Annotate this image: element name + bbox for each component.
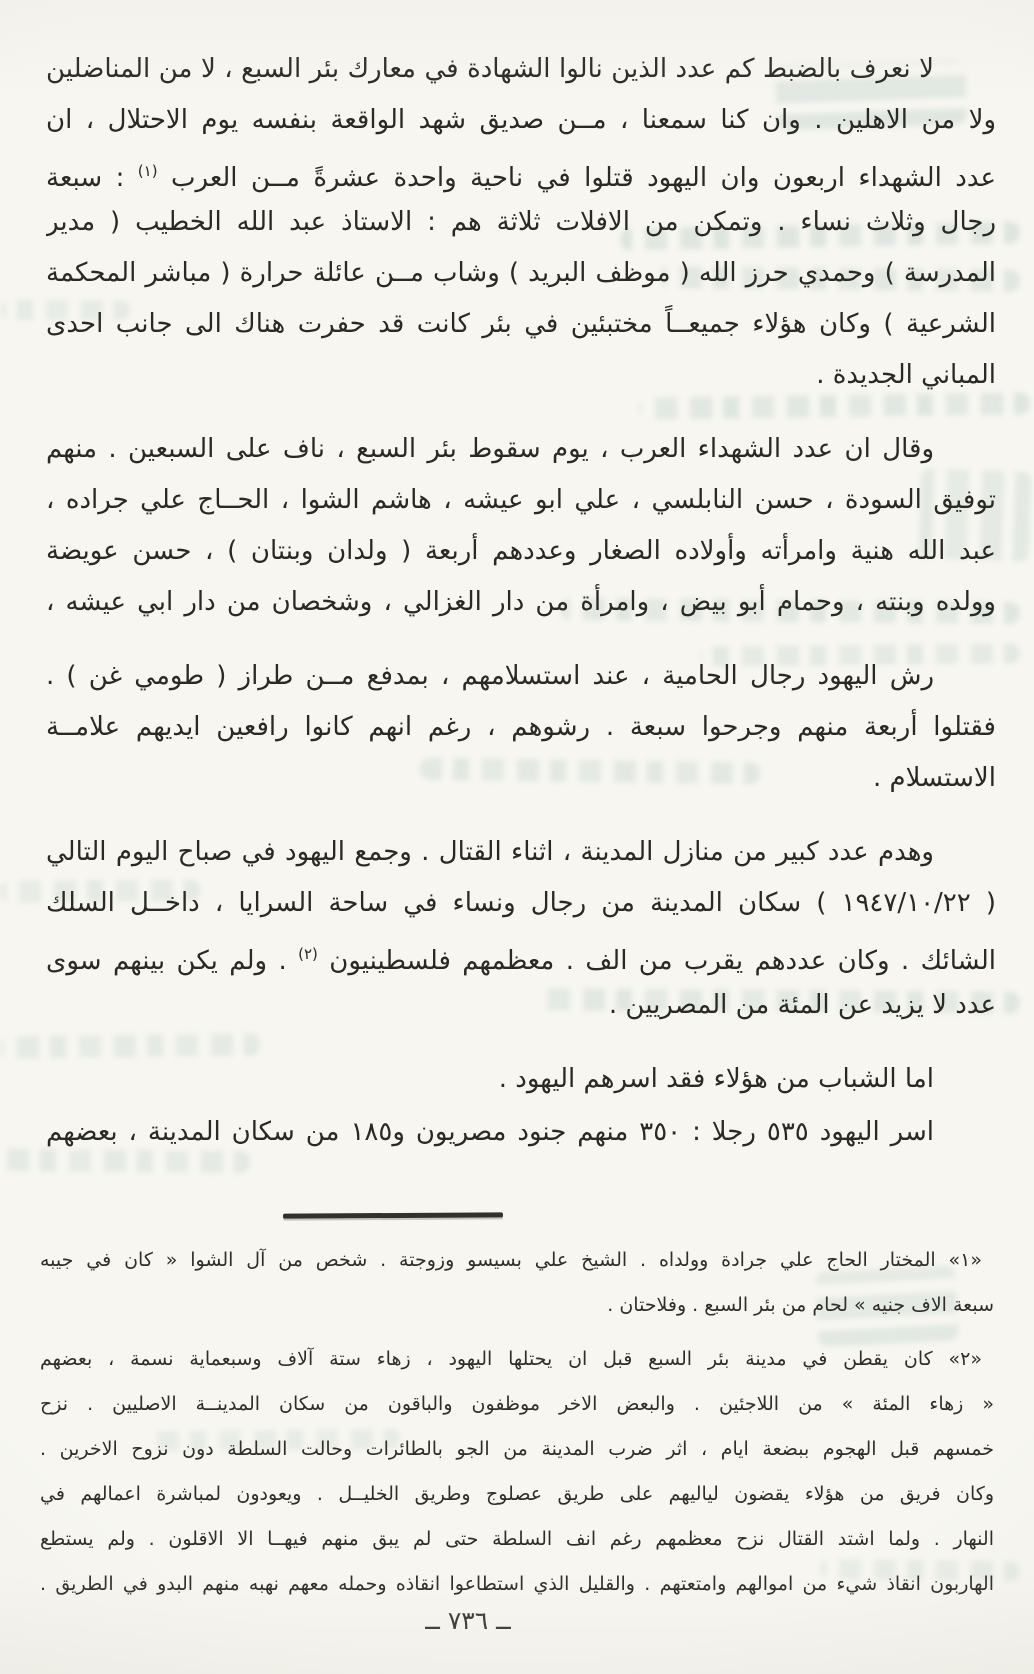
scanned-book-page: لا نعرف بالضبط كم عدد الذين نالوا الشهاد… — [0, 0, 1034, 1674]
text-line: ( ١٩٤٧/١٠/٢٢ ) سكان المدينة من رجال ونسا… — [46, 878, 996, 929]
text-segment: وقال ان عدد الشهداء العرب ، يوم سقوط بئر… — [46, 434, 934, 464]
text-line: اسر اليهود ٥٣٥ رجلا : ٣٥٠ منهم جنود مصري… — [46, 1107, 996, 1158]
text-segment: وهدم عدد كبير من منازل المدينة ، اثناء ا… — [46, 837, 934, 867]
text-segment: المدرسة ) وحمدي حرز الله ( موظف البريد )… — [46, 258, 996, 288]
text-segment: اسر اليهود ٥٣٥ رجلا : ٣٥٠ منهم جنود مصري… — [46, 1117, 934, 1147]
body-text: لا نعرف بالضبط كم عدد الذين نالوا الشهاد… — [46, 44, 996, 1158]
text-segment: الاستسلام . — [873, 763, 996, 793]
text-line: اما الشباب من هؤلاء فقد اسرهم اليهود . — [46, 1054, 996, 1105]
text-segment: خمسهم قبل الهجوم ببضعة ايام ، اثر ضرب ال… — [40, 1438, 994, 1460]
text-line: عدد الشهداء اربعون وان اليهود قتلوا في ن… — [46, 146, 996, 197]
text-segment: رش اليهود رجال الحامية ، عند استسلامهم ،… — [46, 661, 934, 691]
text-segment: لا نعرف بالضبط كم عدد الذين نالوا الشهاد… — [46, 54, 934, 84]
text-segment: ( ١٩٤٧/١٠/٢٢ ) سكان المدينة من رجال ونسا… — [46, 888, 996, 918]
paragraph: وقال ان عدد الشهداء العرب ، يوم سقوط بئر… — [46, 424, 996, 628]
text-segment: «٢» كان يقطن في مدينة بئر السبع قبل ان ي… — [40, 1348, 982, 1370]
text-segment: الشرعية ) وكان هؤلاء جميعــاً مختبئين في… — [46, 309, 996, 339]
text-line: توفيق السودة ، حسن النابلسي ، علي ابو عي… — [46, 475, 996, 526]
text-line: المدرسة ) وحمدي حرز الله ( موظف البريد )… — [46, 248, 996, 299]
text-line: رجال وثلاث نساء . وتمكن من الافلات ثلاثة… — [46, 197, 996, 248]
text-line: الاستسلام . — [46, 753, 996, 804]
text-line: وكان فريق من هؤلاء يقضون لياليهم على طري… — [40, 1472, 994, 1517]
text-segment: «١» المختار الحاج علي جرادة وولداه . الش… — [40, 1249, 982, 1271]
footnote-separator — [283, 1212, 503, 1218]
text-line: المباني الجديدة . — [46, 350, 996, 401]
text-line: فقتلوا أربعة منهم وجرحوا سبعة . رشوهم ، … — [46, 702, 996, 753]
text-segment: عدد لا يزيد عن المئة من المصريين . — [609, 990, 996, 1020]
text-line: خمسهم قبل الهجوم ببضعة ايام ، اثر ضرب ال… — [40, 1427, 994, 1472]
text-line: وقال ان عدد الشهداء العرب ، يوم سقوط بئر… — [46, 424, 996, 475]
text-segment: النهار . ولما اشتد القتال نزح معظمهم رغم… — [40, 1528, 994, 1550]
text-line: لا نعرف بالضبط كم عدد الذين نالوا الشهاد… — [46, 44, 996, 95]
text-line: الشرعية ) وكان هؤلاء جميعــاً مختبئين في… — [46, 299, 996, 350]
text-segment: . ولم يكن بينهم سوى — [46, 946, 298, 976]
footnote-ref-marker: (٢) — [298, 945, 318, 963]
text-line: الهاربون انقاذ شيء من اموالهم وامتعتهم .… — [40, 1562, 994, 1607]
paragraph: اسر اليهود ٥٣٥ رجلا : ٣٥٠ منهم جنود مصري… — [46, 1107, 996, 1158]
text-line: رش اليهود رجال الحامية ، عند استسلامهم ،… — [46, 651, 996, 702]
text-line: « زهاء المئة » من اللاجئين . والبعض الاخ… — [40, 1382, 994, 1427]
text-line: «١» المختار الحاج علي جرادة وولداه . الش… — [40, 1238, 994, 1283]
text-line: وهدم عدد كبير من منازل المدينة ، اثناء ا… — [46, 827, 996, 878]
text-line: ولا من الاهلين . وان كنا سمعنا ، مــن صد… — [46, 95, 996, 146]
paragraph: وهدم عدد كبير من منازل المدينة ، اثناء ا… — [46, 827, 996, 1031]
paragraph: لا نعرف بالضبط كم عدد الذين نالوا الشهاد… — [46, 44, 996, 401]
footnote-ref-marker: (١) — [138, 162, 158, 180]
text-segment: عبد الله هنية وامرأته وأولاده الصغار وعد… — [46, 536, 996, 566]
paragraph: رش اليهود رجال الحامية ، عند استسلامهم ،… — [46, 651, 996, 804]
page-number: ــ ٧٣٦ ــ — [368, 1606, 568, 1635]
footnotes: «١» المختار الحاج علي جرادة وولداه . الش… — [40, 1238, 994, 1607]
text-line: «٢» كان يقطن في مدينة بئر السبع قبل ان ي… — [40, 1337, 994, 1382]
paragraph: اما الشباب من هؤلاء فقد اسرهم اليهود . — [46, 1054, 996, 1105]
text-line: سبعة الاف جنيه » لحام من بئر السبع . وفل… — [40, 1283, 994, 1328]
text-line: الشائك . وكان عددهم يقرب من الف . معظمهم… — [46, 929, 996, 980]
text-segment: سبعة الاف جنيه » لحام من بئر السبع . وفل… — [607, 1294, 994, 1316]
text-line: وولده وبنته ، وحمام أبو بيض ، وامرأة من … — [46, 577, 996, 628]
text-segment: الشائك . وكان عددهم يقرب من الف . معظمهم… — [318, 946, 996, 976]
text-segment: : سبعة — [46, 163, 138, 193]
text-segment: المباني الجديدة . — [816, 360, 996, 390]
text-segment: ولا من الاهلين . وان كنا سمعنا ، مــن صد… — [46, 105, 996, 135]
text-segment: الهاربون انقاذ شيء من اموالهم وامتعتهم .… — [40, 1573, 994, 1595]
footnote: «١» المختار الحاج علي جرادة وولداه . الش… — [40, 1238, 994, 1328]
text-segment: فقتلوا أربعة منهم وجرحوا سبعة . رشوهم ، … — [46, 712, 996, 742]
text-line: النهار . ولما اشتد القتال نزح معظمهم رغم… — [40, 1517, 994, 1562]
footnote: «٢» كان يقطن في مدينة بئر السبع قبل ان ي… — [40, 1337, 994, 1607]
text-line: عبد الله هنية وامرأته وأولاده الصغار وعد… — [46, 526, 996, 577]
text-segment: عدد الشهداء اربعون وان اليهود قتلوا في ن… — [158, 163, 996, 193]
text-segment: اما الشباب من هؤلاء فقد اسرهم اليهود . — [499, 1064, 934, 1094]
text-segment: وولده وبنته ، وحمام أبو بيض ، وامرأة من … — [46, 587, 996, 617]
text-segment: رجال وثلاث نساء . وتمكن من الافلات ثلاثة… — [46, 207, 996, 237]
text-segment: توفيق السودة ، حسن النابلسي ، علي ابو عي… — [46, 485, 996, 515]
text-segment: « زهاء المئة » من اللاجئين . والبعض الاخ… — [40, 1393, 994, 1415]
text-segment: وكان فريق من هؤلاء يقضون لياليهم على طري… — [40, 1483, 994, 1505]
text-line: عدد لا يزيد عن المئة من المصريين . — [46, 980, 996, 1031]
